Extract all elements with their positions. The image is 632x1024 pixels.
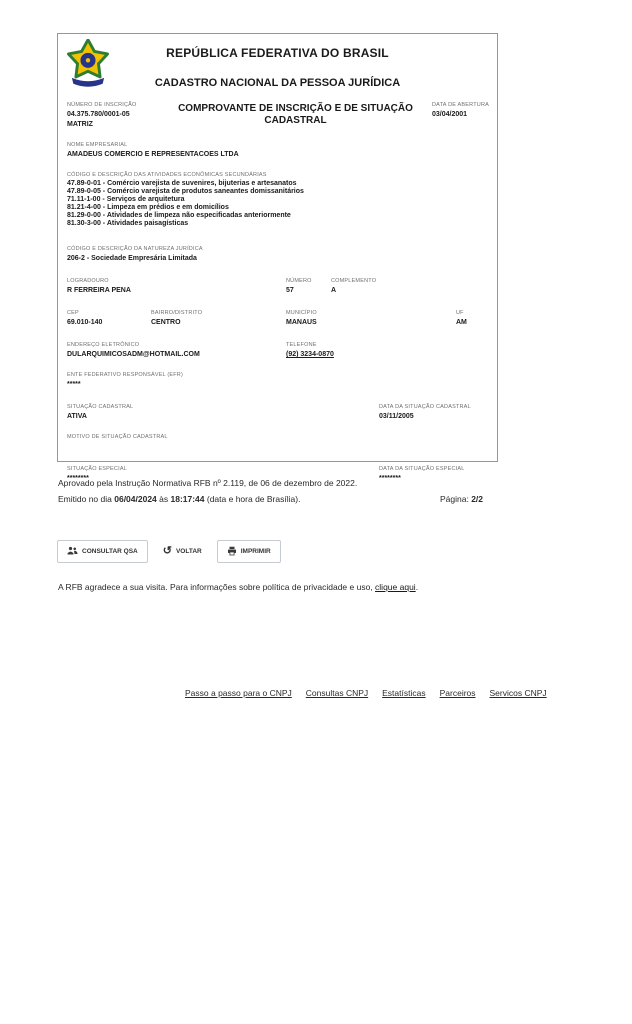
certificate-header-row: NÚMERO DE INSCRIÇÃO 04.375.780/0001-05 M… xyxy=(67,102,488,129)
nav-link-servicos-cnpj[interactable]: Servicos CNPJ xyxy=(490,688,547,698)
contact-row: ENDEREÇO ELETRÔNICO DULARQUIMICOSADM@HOT… xyxy=(67,342,488,359)
cep-label: CEP xyxy=(67,310,151,317)
emission-suffix: (data e hora de Brasília). xyxy=(205,494,301,504)
activity-item: 81.29-0-00 - Atividades de limpeza não e… xyxy=(67,212,488,220)
field-efr: ENTE FEDERATIVO RESPONSÁVEL (EFR) ***** xyxy=(67,372,488,389)
status-row: SITUAÇÃO CADASTRAL ATIVA DATA DA SITUAÇÃ… xyxy=(67,404,488,421)
registration-status-label: SITUAÇÃO CADASTRAL xyxy=(67,404,379,411)
opening-date-value: 03/04/2001 xyxy=(432,110,488,119)
page-label: Página: xyxy=(440,494,471,504)
complement-label: COMPLEMENTO xyxy=(331,278,488,285)
efr-label: ENTE FEDERATIVO RESPONSÁVEL (EFR) xyxy=(67,372,488,379)
registration-status-date-label: DATA DA SITUAÇÃO CADASTRAL xyxy=(379,404,488,411)
legal-nature-label: CÓDIGO E DESCRIÇÃO DA NATUREZA JURÍDICA xyxy=(67,246,488,253)
nav-link-consultas-cnpj[interactable]: Consultas CNPJ xyxy=(306,688,368,698)
registry-title: CADASTRO NACIONAL DA PESSOA JURÍDICA xyxy=(67,77,488,89)
field-status-reason: MOTIVO DE SITUAÇÃO CADASTRAL xyxy=(67,434,488,451)
company-name-value: AMADEUS COMERCIO E REPRESENTACOES LTDA xyxy=(67,150,488,159)
registration-status-date-value: 03/11/2005 xyxy=(379,412,488,421)
efr-value: ***** xyxy=(67,380,488,389)
field-state: UF AM xyxy=(456,310,488,327)
emission-date: 06/04/2024 xyxy=(114,494,157,504)
emission-note: Emitido no dia 06/04/2024 às 18:17:44 (d… xyxy=(58,494,300,504)
republic-title: REPÚBLICA FEDERATIVA DO BRASIL xyxy=(67,46,488,60)
secondary-activities-label: CÓDIGO E DESCRIÇÃO DAS ATIVIDADES ECONÔM… xyxy=(67,172,488,179)
field-phone: TELEFONE (92) 3234-0870 xyxy=(286,342,488,359)
legal-nature-value: 206-2 - Sociedade Empresária Limitada xyxy=(67,254,488,263)
field-secondary-activities: CÓDIGO E DESCRIÇÃO DAS ATIVIDADES ECONÔM… xyxy=(67,172,488,228)
page-value: 2/2 xyxy=(471,494,483,504)
field-street: LOGRADOURO R FERREIRA PENA xyxy=(67,278,286,295)
activity-item: 81.21-4-00 - Limpeza em prédios e em dom… xyxy=(67,204,488,212)
field-legal-nature: CÓDIGO E DESCRIÇÃO DA NATUREZA JURÍDICA … xyxy=(67,246,488,263)
district-label: BAIRRO/DISTRITO xyxy=(151,310,286,317)
email-label: ENDEREÇO ELETRÔNICO xyxy=(67,342,286,349)
address-row-1: LOGRADOURO R FERREIRA PENA NÚMERO 57 COM… xyxy=(67,278,488,295)
imprimir-label: IMPRIMIR xyxy=(241,548,271,555)
registration-status-value: ATIVA xyxy=(67,412,379,421)
voltar-label: VOLTAR xyxy=(176,548,202,555)
phone-link[interactable]: (92) 3234-0870 xyxy=(286,351,334,358)
opening-date-label: DATA DE ABERTURA xyxy=(432,102,488,109)
district-value: CENTRO xyxy=(151,318,286,327)
field-cep: CEP 69.010-140 xyxy=(67,310,151,327)
field-email: ENDEREÇO ELETRÔNICO DULARQUIMICOSADM@HOT… xyxy=(67,342,286,359)
page-indicator: Página: 2/2 xyxy=(440,494,483,504)
brazil-coat-of-arms-icon xyxy=(66,39,110,89)
opening-date-block: DATA DE ABERTURA 03/04/2001 xyxy=(432,102,488,119)
field-complement: COMPLEMENTO A xyxy=(331,278,488,295)
special-status-label: SITUAÇÃO ESPECIAL xyxy=(67,466,379,473)
nav-link-parceiros[interactable]: Parceiros xyxy=(440,688,476,698)
address-row-2: CEP 69.010-140 BAIRRO/DISTRITO CENTRO MU… xyxy=(67,310,488,327)
street-label: LOGRADOURO xyxy=(67,278,286,285)
undo-icon: ↺ xyxy=(163,546,172,557)
phone-label: TELEFONE xyxy=(286,342,488,349)
activity-item: 47.89-0-05 - Comércio varejista de produ… xyxy=(67,188,488,196)
inscription-number: 04.375.780/0001-05 xyxy=(67,110,159,119)
printer-icon xyxy=(227,546,237,558)
consultar-qsa-button[interactable]: CONSULTAR QSA xyxy=(57,540,148,563)
field-registration-status: SITUAÇÃO CADASTRAL ATIVA xyxy=(67,404,379,421)
state-value: AM xyxy=(456,318,488,327)
action-buttons: CONSULTAR QSA ↺ VOLTAR IMPRIMIR xyxy=(57,540,281,563)
emission-time: 18:17:44 xyxy=(170,494,204,504)
people-icon xyxy=(67,546,78,557)
certificate-title: COMPROVANTE DE INSCRIÇÃO E DE SITUAÇÃO C… xyxy=(159,103,432,127)
city-label: MUNICÍPIO xyxy=(286,310,456,317)
activity-item: 47.89-0-01 - Comércio varejista de suven… xyxy=(67,180,488,188)
number-value: 57 xyxy=(286,286,331,295)
imprimir-button[interactable]: IMPRIMIR xyxy=(217,540,281,563)
activity-item: 71.11-1-00 - Serviços de arquitetura xyxy=(67,196,488,204)
clique-aqui-link[interactable]: clique aqui xyxy=(375,582,416,592)
city-value: MANAUS xyxy=(286,318,456,327)
special-status-date-label: DATA DA SITUAÇÃO ESPECIAL xyxy=(379,466,488,473)
inscription-block: NÚMERO DE INSCRIÇÃO 04.375.780/0001-05 M… xyxy=(67,102,159,129)
privacy-text: A RFB agradece a sua visita. Para inform… xyxy=(58,582,375,592)
page: { "colors": { "doc_border": "#979797", "… xyxy=(0,0,632,1024)
complement-value: A xyxy=(331,286,488,295)
field-number: NÚMERO 57 xyxy=(286,278,331,295)
nav-link-estatisticas[interactable]: Estatísticas xyxy=(382,688,425,698)
privacy-note: A RFB agradece a sua visita. Para inform… xyxy=(58,582,418,592)
inscription-unit-type: MATRIZ xyxy=(67,120,159,129)
inscription-label: NÚMERO DE INSCRIÇÃO xyxy=(67,102,159,109)
consultar-qsa-label: CONSULTAR QSA xyxy=(82,548,138,555)
status-reason-value xyxy=(67,442,488,451)
number-label: NÚMERO xyxy=(286,278,331,285)
activity-item: 81.30-3-00 - Atividades paisagísticas xyxy=(67,220,488,228)
special-status-date-value: ******** xyxy=(379,474,488,483)
field-district: BAIRRO/DISTRITO CENTRO xyxy=(151,310,286,327)
state-label: UF xyxy=(456,310,488,317)
company-name-label: NOME EMPRESARIAL xyxy=(67,142,488,149)
emission-middle: às xyxy=(157,494,171,504)
street-value: R FERREIRA PENA xyxy=(67,286,286,295)
email-value: DULARQUIMICOSADM@HOTMAIL.COM xyxy=(67,350,286,359)
field-registration-status-date: DATA DA SITUAÇÃO CADASTRAL 03/11/2005 xyxy=(379,404,488,421)
voltar-button[interactable]: ↺ VOLTAR xyxy=(158,540,207,563)
cnpj-certificate: REPÚBLICA FEDERATIVA DO BRASIL CADASTRO … xyxy=(57,33,498,462)
field-city: MUNICÍPIO MANAUS xyxy=(286,310,456,327)
cep-value: 69.010-140 xyxy=(67,318,151,327)
bottom-nav-links: Passo a passo para o CNPJ Consultas CNPJ… xyxy=(185,688,547,698)
status-reason-label: MOTIVO DE SITUAÇÃO CADASTRAL xyxy=(67,434,488,441)
secondary-activities-list: 47.89-0-01 - Comércio varejista de suven… xyxy=(67,180,488,228)
privacy-period: . xyxy=(416,582,418,592)
nav-link-passo-a-passo[interactable]: Passo a passo para o CNPJ xyxy=(185,688,292,698)
field-special-status-date: DATA DA SITUAÇÃO ESPECIAL ******** xyxy=(379,466,488,483)
emission-prefix: Emitido no dia xyxy=(58,494,114,504)
approval-note: Aprovado pela Instrução Normativa RFB nº… xyxy=(58,478,357,488)
field-company-name: NOME EMPRESARIAL AMADEUS COMERCIO E REPR… xyxy=(67,142,488,159)
